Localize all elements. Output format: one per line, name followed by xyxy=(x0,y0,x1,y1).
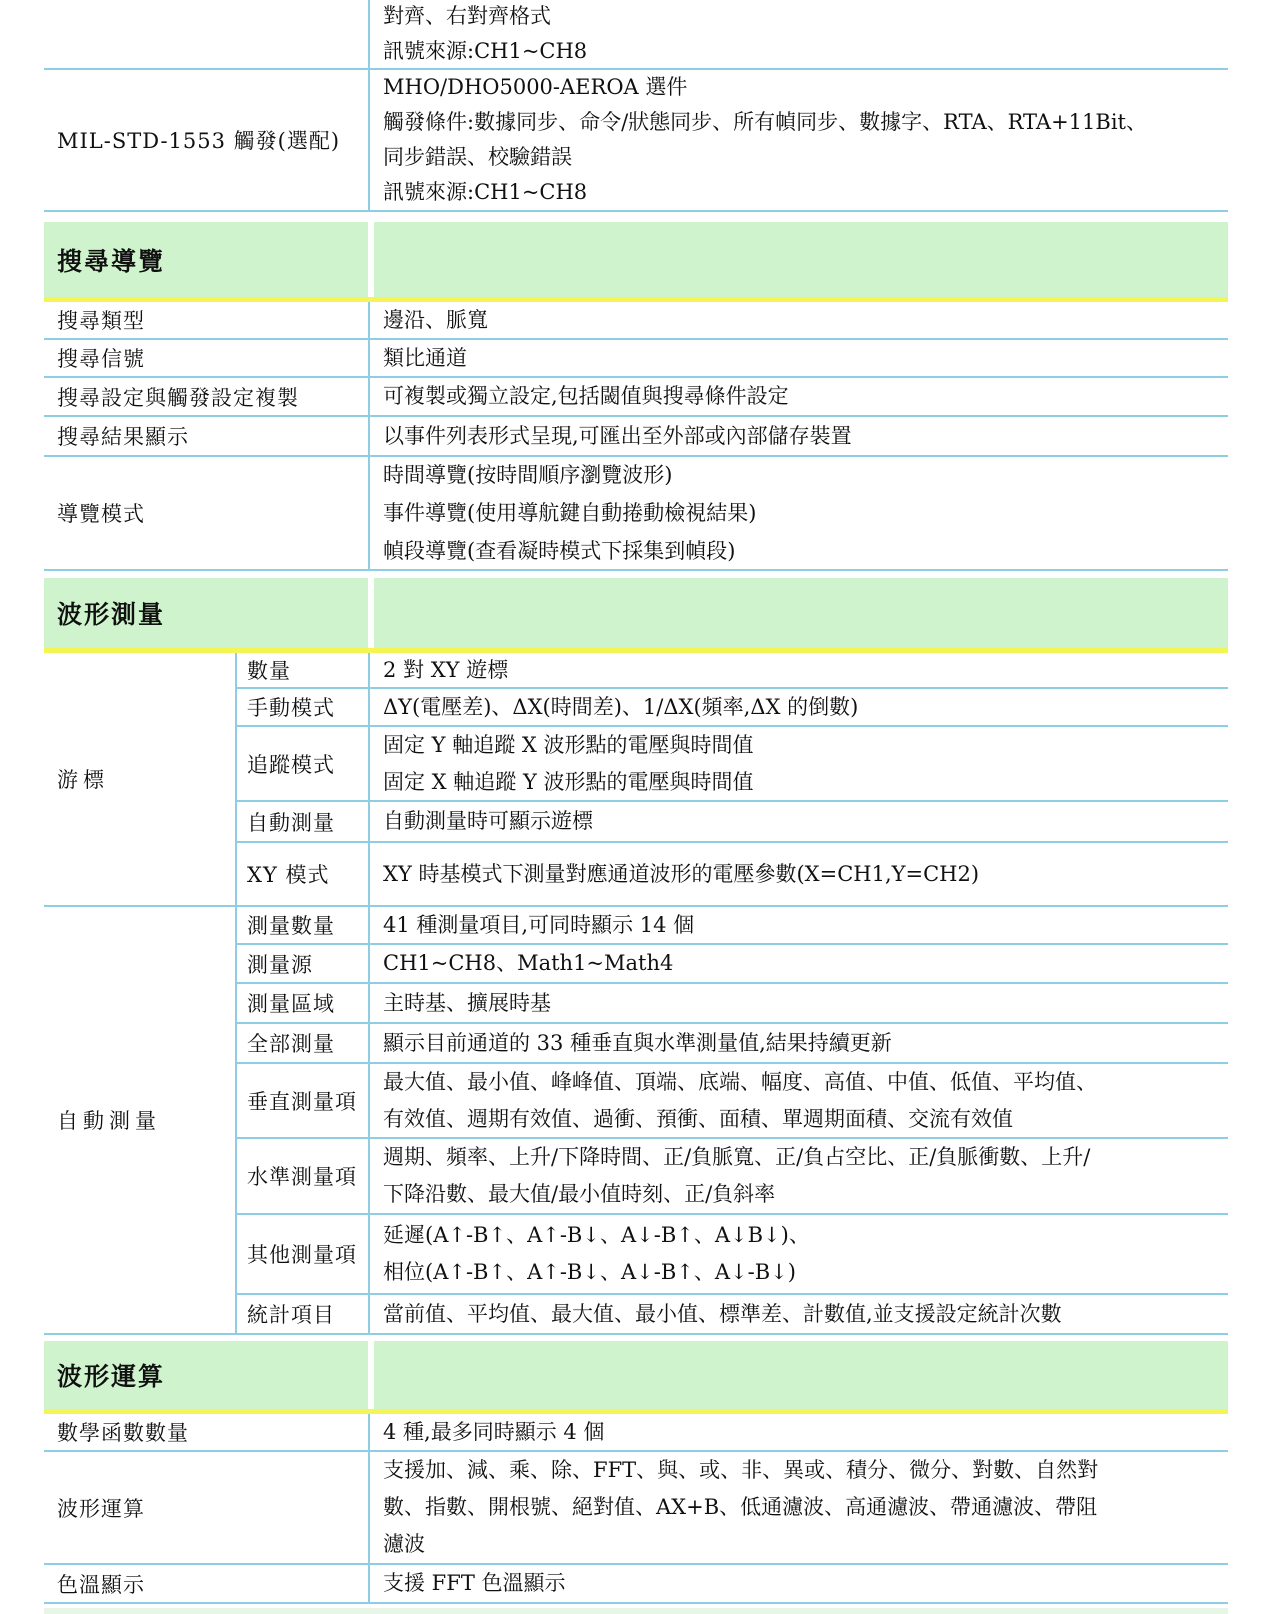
group-rows: 數量 2 對 XY 遊標 手動模式 ΔY(電壓差)、ΔX(時間差)、1/ΔX(頻… xyxy=(237,653,1228,905)
row-value: 最大值、最小值、峰峰值、頂端、底端、幅度、高值、中值、低值、平均值、 有效值、週… xyxy=(370,1064,1228,1137)
row-sublabel: 手動模式 xyxy=(237,689,370,725)
value-line: 可複製或獨立設定,包括閾值與搜尋條件設定 xyxy=(383,378,1222,415)
row-value: CH1~CH8、Math1~Math4 xyxy=(370,945,1228,982)
value-line: 支援 FFT 色溫顯示 xyxy=(383,1565,1222,1602)
value-line: 類比通道 xyxy=(383,340,1222,377)
value-line: 濾波 xyxy=(383,1526,1222,1563)
section-header-waveform-math: 波形運算 xyxy=(44,1341,1228,1414)
value-line: 訊號來源:CH1~CH8 xyxy=(383,175,1222,210)
section-header-waveform-measurement: 波形測量 xyxy=(44,578,1228,653)
row-value: ΔY(電壓差)、ΔX(時間差)、1/ΔX(頻率,ΔX 的倒數) xyxy=(370,689,1228,725)
value-line: 主時基、擴展時基 xyxy=(383,985,1222,1022)
row-sublabel: 其他測量項 xyxy=(237,1215,370,1293)
row-value: 固定 Y 軸追蹤 X 波形點的電壓與時間值 固定 X 軸追蹤 Y 波形點的電壓與… xyxy=(370,727,1228,800)
value-line: 41 種測量項目,可同時顯示 14 個 xyxy=(383,907,1222,944)
row-value: 時間導覽(按時間順序瀏覽波形) 事件導覽(使用導航鍵自動捲動檢視結果) 幀段導覽… xyxy=(370,457,1228,569)
table-row: 數量 2 對 XY 遊標 xyxy=(237,653,1228,689)
row-value: 邊沿、脈寬 xyxy=(370,302,1228,338)
value-line: 週期、頻率、上升/下降時間、正/負脈寬、正/負占空比、正/負脈衝數、上升/ xyxy=(383,1139,1222,1176)
table-row: 搜尋類型 邊沿、脈寬 xyxy=(44,302,1228,340)
value-line: CH1~CH8、Math1~Math4 xyxy=(383,945,1222,982)
row-label: 搜尋設定與觸發設定複製 xyxy=(44,378,370,415)
value-line: 有效值、週期有效值、過衝、預衝、面積、單週期面積、交流有效值 xyxy=(383,1101,1222,1138)
table-row: 色溫顯示 支援 FFT 色溫顯示 xyxy=(44,1565,1228,1604)
row-sublabel: 測量數量 xyxy=(237,907,370,943)
table-row: 導覽模式 時間導覽(按時間順序瀏覽波形) 事件導覽(使用導航鍵自動捲動檢視結果)… xyxy=(44,457,1228,571)
row-sublabel: 全部測量 xyxy=(237,1024,370,1062)
value-line: ΔY(電壓差)、ΔX(時間差)、1/ΔX(頻率,ΔX 的倒數) xyxy=(383,689,1222,726)
value-line: 對齊、右對齊格式 xyxy=(383,0,1222,34)
value-line: 數、指數、開根號、絕對值、AX+B、低通濾波、高通濾波、帶通濾波、帶阻 xyxy=(383,1489,1222,1526)
value-line: 觸發條件:數據同步、命令/狀態同步、所有幀同步、數據字、RTA、RTA+11Bi… xyxy=(383,105,1222,140)
row-value: 以事件列表形式呈現,可匯出至外部或內部儲存裝置 xyxy=(370,417,1228,455)
value-line: 2 對 XY 遊標 xyxy=(383,652,1222,689)
group-label: 自動測量 xyxy=(44,907,237,1333)
table-row: 波形運算 支援加、減、乘、除、FFT、與、或、非、異或、積分、微分、對數、自然對… xyxy=(44,1452,1228,1565)
value-line: 自動測量時可顯示遊標 xyxy=(383,803,1222,840)
table-row: 對齊、右對齊格式 訊號來源:CH1~CH8 xyxy=(44,0,1228,70)
value-line: 時間導覽(按時間順序瀏覽波形) xyxy=(383,456,1222,494)
table-row: 測量區域 主時基、擴展時基 xyxy=(237,984,1228,1024)
row-label: MIL-STD-1553 觸發(選配) xyxy=(44,70,370,210)
table-group-cursors: 游標 數量 2 對 XY 遊標 手動模式 ΔY(電壓差)、ΔX(時間差)、1/Δ… xyxy=(44,653,1228,907)
group-label: 游標 xyxy=(44,653,237,905)
section-title: 搜尋導覽 xyxy=(44,222,1228,297)
row-value: MHO/DHO5000-AEROA 選件 觸發條件:數據同步、命令/狀態同步、所… xyxy=(370,70,1228,210)
row-label: 色溫顯示 xyxy=(44,1565,370,1602)
value-line: 相位(A↑-B↑、A↑-B↓、A↓-B↑、A↓-B↓) xyxy=(383,1254,1222,1291)
value-line: 支援加、減、乘、除、FFT、與、或、非、異或、積分、微分、對數、自然對 xyxy=(383,1452,1222,1489)
row-value: 2 對 XY 遊標 xyxy=(370,653,1228,687)
row-value: 延遲(A↑-B↑、A↑-B↓、A↓-B↑、A↓B↓)、 相位(A↑-B↑、A↑-… xyxy=(370,1215,1228,1293)
table-row: 自動測量 自動測量時可顯示遊標 xyxy=(237,802,1228,843)
value-line: 顯示目前通道的 33 種垂直與水準測量值,結果持續更新 xyxy=(383,1025,1222,1062)
value-line: 固定 Y 軸追蹤 X 波形點的電壓與時間值 xyxy=(383,727,1222,764)
value-line: 訊號來源:CH1~CH8 xyxy=(383,34,1222,69)
value-line: 以事件列表形式呈現,可匯出至外部或內部儲存裝置 xyxy=(383,418,1222,455)
row-sublabel: 自動測量 xyxy=(237,802,370,841)
row-label xyxy=(44,0,370,68)
section-title: 波形運算 xyxy=(44,1341,1228,1409)
next-section-band-partial xyxy=(44,1608,1228,1614)
row-sublabel: 測量源 xyxy=(237,945,370,982)
value-line: 當前值、平均值、最大值、最小值、標準差、計數值,並支援設定統計次數 xyxy=(383,1296,1222,1333)
table-row: 全部測量 顯示目前通道的 33 種垂直與水準測量值,結果持續更新 xyxy=(237,1024,1228,1064)
table-group-auto-measurement: 自動測量 測量數量 41 種測量項目,可同時顯示 14 個 測量源 CH1~CH… xyxy=(44,907,1228,1335)
value-line: 下降沿數、最大值/最小值時刻、正/負斜率 xyxy=(383,1176,1222,1213)
value-line: 事件導覽(使用導航鍵自動捲動檢視結果) xyxy=(383,494,1222,532)
row-value: 支援 FFT 色溫顯示 xyxy=(370,1565,1228,1602)
spec-table: 對齊、右對齊格式 訊號來源:CH1~CH8 MIL-STD-1553 觸發(選配… xyxy=(44,0,1228,1614)
row-value: 可複製或獨立設定,包括閾值與搜尋條件設定 xyxy=(370,378,1228,415)
table-row: XY 模式 XY 時基模式下測量對應通道波形的電壓參數(X=CH1,Y=CH2) xyxy=(237,843,1228,905)
value-line: 幀段導覽(查看凝時模式下採集到幀段) xyxy=(383,532,1222,570)
row-value: 對齊、右對齊格式 訊號來源:CH1~CH8 xyxy=(370,0,1228,68)
row-sublabel: 數量 xyxy=(237,653,370,687)
value-line: 邊沿、脈寬 xyxy=(383,302,1222,339)
row-value: 類比通道 xyxy=(370,340,1228,376)
row-label: 數學函數數量 xyxy=(44,1414,370,1450)
row-value: XY 時基模式下測量對應通道波形的電壓參數(X=CH1,Y=CH2) xyxy=(370,843,1228,905)
row-value: 41 種測量項目,可同時顯示 14 個 xyxy=(370,907,1228,943)
table-row: 搜尋結果顯示 以事件列表形式呈現,可匯出至外部或內部儲存裝置 xyxy=(44,417,1228,457)
row-sublabel: 垂直測量項 xyxy=(237,1064,370,1137)
value-line: 同步錯誤、校驗錯誤 xyxy=(383,140,1222,175)
row-label: 波形運算 xyxy=(44,1452,370,1563)
group-rows: 測量數量 41 種測量項目,可同時顯示 14 個 測量源 CH1~CH8、Mat… xyxy=(237,907,1228,1333)
value-line: XY 時基模式下測量對應通道波形的電壓參數(X=CH1,Y=CH2) xyxy=(383,856,1222,893)
row-sublabel: 追蹤模式 xyxy=(237,727,370,800)
table-row: 測量數量 41 種測量項目,可同時顯示 14 個 xyxy=(237,907,1228,945)
row-label: 搜尋信號 xyxy=(44,340,370,376)
value-line: 固定 X 軸追蹤 Y 波形點的電壓與時間值 xyxy=(383,764,1222,801)
row-value: 自動測量時可顯示遊標 xyxy=(370,802,1228,841)
row-sublabel: XY 模式 xyxy=(237,843,370,905)
section-header-divider-gap xyxy=(368,222,374,297)
value-line: 4 種,最多同時顯示 4 個 xyxy=(383,1414,1222,1451)
table-row: 數學函數數量 4 種,最多同時顯示 4 個 xyxy=(44,1414,1228,1452)
table-row: 搜尋設定與觸發設定複製 可複製或獨立設定,包括閾值與搜尋條件設定 xyxy=(44,378,1228,417)
row-sublabel: 水準測量項 xyxy=(237,1139,370,1213)
table-row: 手動模式 ΔY(電壓差)、ΔX(時間差)、1/ΔX(頻率,ΔX 的倒數) xyxy=(237,689,1228,727)
row-sublabel: 統計項目 xyxy=(237,1295,370,1333)
row-value: 4 種,最多同時顯示 4 個 xyxy=(370,1414,1228,1450)
table-row: 水準測量項 週期、頻率、上升/下降時間、正/負脈寬、正/負占空比、正/負脈衝數、… xyxy=(237,1139,1228,1215)
section-header-search-navigation: 搜尋導覽 xyxy=(44,222,1228,302)
table-row: 其他測量項 延遲(A↑-B↑、A↑-B↓、A↓-B↑、A↓B↓)、 相位(A↑-… xyxy=(237,1215,1228,1295)
table-row: 測量源 CH1~CH8、Math1~Math4 xyxy=(237,945,1228,984)
row-label: 導覽模式 xyxy=(44,457,370,569)
table-row: 垂直測量項 最大值、最小值、峰峰值、頂端、底端、幅度、高值、中值、低值、平均值、… xyxy=(237,1064,1228,1139)
table-row: 追蹤模式 固定 Y 軸追蹤 X 波形點的電壓與時間值 固定 X 軸追蹤 Y 波形… xyxy=(237,727,1228,802)
table-row: 搜尋信號 類比通道 xyxy=(44,340,1228,378)
row-value: 當前值、平均值、最大值、最小值、標準差、計數值,並支援設定統計次數 xyxy=(370,1295,1228,1333)
row-value: 顯示目前通道的 33 種垂直與水準測量值,結果持續更新 xyxy=(370,1024,1228,1062)
table-row: 統計項目 當前值、平均值、最大值、最小值、標準差、計數值,並支援設定統計次數 xyxy=(237,1295,1228,1333)
value-line: 延遲(A↑-B↑、A↑-B↓、A↓-B↑、A↓B↓)、 xyxy=(383,1217,1222,1254)
row-label: 搜尋結果顯示 xyxy=(44,417,370,455)
value-line: MHO/DHO5000-AEROA 選件 xyxy=(383,70,1222,105)
section-title: 波形測量 xyxy=(44,578,1228,648)
section-header-divider-gap xyxy=(368,578,374,648)
row-value: 支援加、減、乘、除、FFT、與、或、非、異或、積分、微分、對數、自然對 數、指數… xyxy=(370,1452,1228,1563)
value-line: 最大值、最小值、峰峰值、頂端、底端、幅度、高值、中值、低值、平均值、 xyxy=(383,1064,1222,1101)
section-header-divider-gap xyxy=(368,1341,374,1409)
row-value: 主時基、擴展時基 xyxy=(370,984,1228,1022)
table-row: MIL-STD-1553 觸發(選配) MHO/DHO5000-AEROA 選件… xyxy=(44,70,1228,212)
row-sublabel: 測量區域 xyxy=(237,984,370,1022)
row-label: 搜尋類型 xyxy=(44,302,370,338)
row-value: 週期、頻率、上升/下降時間、正/負脈寬、正/負占空比、正/負脈衝數、上升/ 下降… xyxy=(370,1139,1228,1213)
